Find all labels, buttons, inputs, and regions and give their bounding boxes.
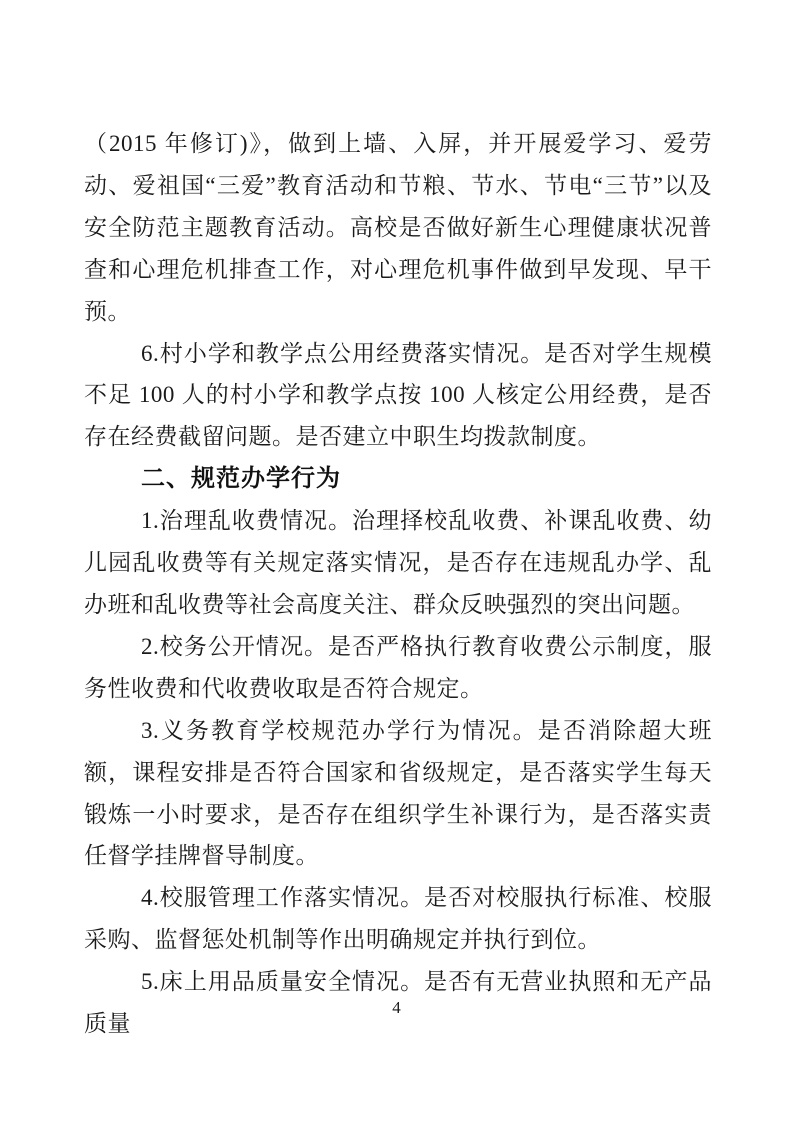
paragraph-item-4: 4.校服管理工作落实情况。是否对校服执行标准、校服采购、监督惩处机制等作出明确规… (84, 877, 712, 961)
document-page: （2015 年修订)》，做到上墙、入屏，并开展爱学习、爱劳动、爱祖国“三爱”教育… (0, 0, 793, 1122)
paragraph-continuation: （2015 年修订)》，做到上墙、入屏，并开展爱学习、爱劳动、爱祖国“三爱”教育… (84, 123, 712, 333)
page-number: 4 (0, 996, 793, 1020)
paragraph-item-1: 1.治理乱收费情况。治理择校乱收费、补课乱收费、幼儿园乱收费等有关规定落实情况，… (84, 500, 712, 626)
paragraph-item-3: 3.义务教育学校规范办学行为情况。是否消除超大班额，课程安排是否符合国家和省级规… (84, 710, 712, 878)
section-heading: 二、规范办学行为 (84, 458, 712, 500)
paragraph-item-6: 6.村小学和教学点公用经费落实情况。是否对学生规模不足 100 人的村小学和教学… (84, 333, 712, 459)
paragraph-item-2: 2.校务公开情况。是否严格执行教育收费公示制度，服务性收费和代收费收取是否符合规… (84, 626, 712, 710)
document-body: （2015 年修订)》，做到上墙、入屏，并开展爱学习、爱劳动、爱祖国“三爱”教育… (84, 123, 712, 1045)
